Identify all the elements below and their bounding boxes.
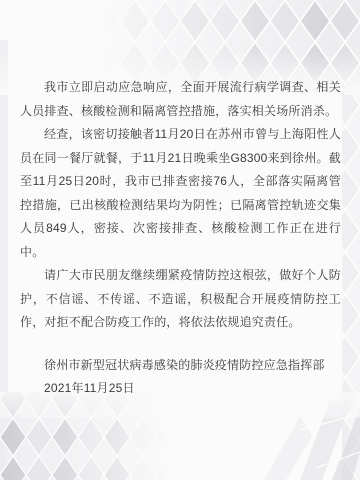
notice-card: 我市立即启动应急响应，全面开展流行病学调查、相关人员排查、核酸检测和隔离管控措施…	[0, 0, 360, 401]
notice-date: 2021年11月25日	[20, 377, 341, 401]
notice-paragraph-investigation: 经查，该密切接触者11月20日在苏州市曾与上海阳性人员在同一餐厅就餐，于11月2…	[20, 123, 341, 264]
notice-paragraph-appeal: 请广大市民朋友继续绷紧疫情防控这根弦，做好个人防护，不信谣、不传谣、不造谣，积极…	[20, 264, 341, 335]
notice-paragraph-response: 我市立即启动应急响应，全面开展流行病学调查、相关人员排查、核酸检测和隔离管控措施…	[20, 76, 341, 123]
issuing-authority: 徐州市新型冠状病毒感染的肺炎疫情防控应急指挥部	[20, 354, 341, 378]
signature-block: 徐州市新型冠状病毒感染的肺炎疫情防控应急指挥部 2021年11月25日	[20, 354, 341, 401]
notice-image: 我市立即启动应急响应，全面开展流行病学调查、相关人员排查、核酸检测和隔离管控措施…	[0, 0, 360, 480]
